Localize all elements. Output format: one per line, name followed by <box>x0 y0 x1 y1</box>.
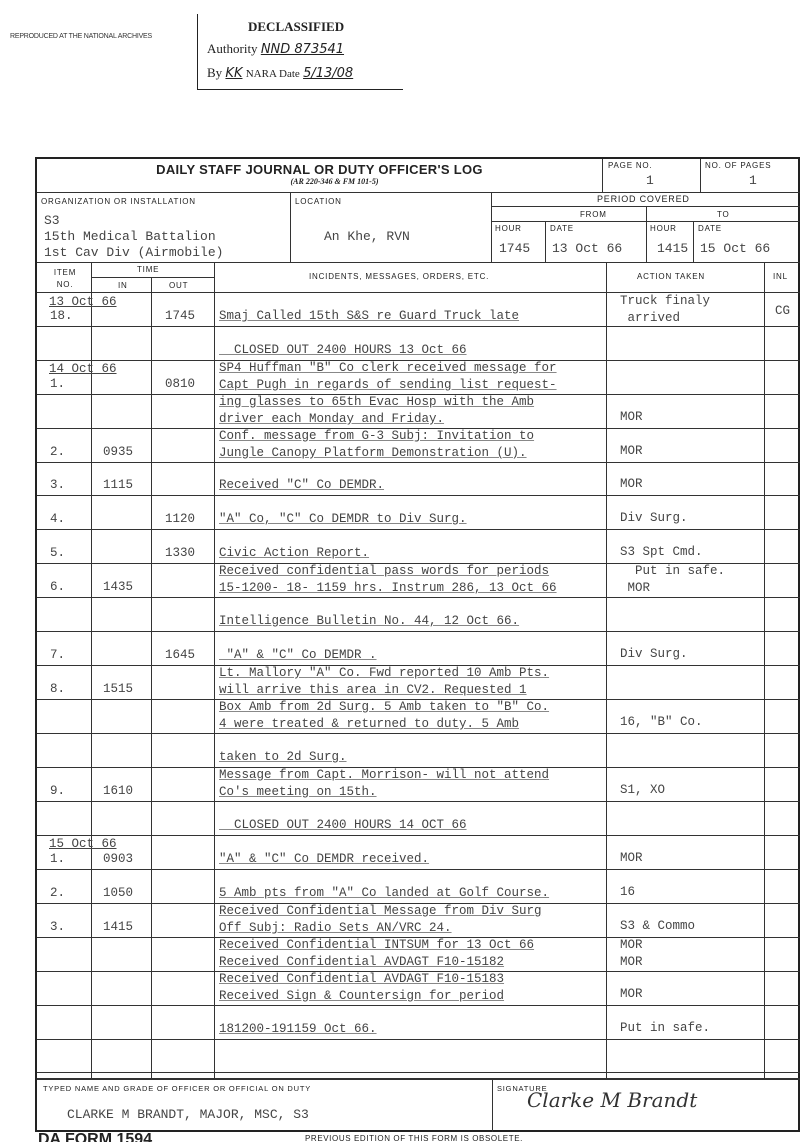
row-time-out: 1330 <box>165 545 195 562</box>
from-label: FROM <box>580 210 607 219</box>
to-label: TO <box>717 210 730 219</box>
row-time-in: 1610 <box>103 783 133 800</box>
table-row: Box Amb from 2d Surg. 5 Amb taken to "B"… <box>37 699 800 733</box>
row-incident-text: CLOSED OUT 2400 HOURS 13 Oct 66 <box>219 342 467 359</box>
table-row <box>37 1039 800 1072</box>
table-row: Received Confidential INTSUM for 13 Oct … <box>37 937 800 971</box>
row-item-no: 1. <box>50 851 65 868</box>
table-row: CLOSED OUT 2400 HOURS 14 OCT 66 <box>37 801 800 835</box>
row-time-out: 0810 <box>165 376 195 393</box>
row-item-no: 3. <box>50 477 65 494</box>
row-incident-text: Intelligence Bulletin No. 44, 12 Oct 66. <box>219 613 519 630</box>
from-hour-value: 1745 <box>499 241 530 256</box>
table-row: CLOSED OUT 2400 HOURS 13 Oct 66 <box>37 326 800 360</box>
table-row: 7.1645 "A" & "C" Co DEMDR .Div Surg. <box>37 631 800 665</box>
row-action-taken: MOR MOR <box>620 937 643 971</box>
row-inl: CG <box>775 303 790 320</box>
row-incident-text: Received "C" Co DEMDR. <box>219 477 384 494</box>
form-subtitle: (AR 220-346 & FM 101-5) <box>67 177 602 186</box>
row-incident-text: Conf. message from G-3 Subj: Invitation … <box>219 428 534 462</box>
location-label: LOCATION <box>295 197 342 206</box>
table-row: Intelligence Bulletin No. 44, 12 Oct 66. <box>37 597 800 631</box>
table-row: 3.1415Received Confidential Message from… <box>37 903 800 937</box>
table-row: 8.1515Lt. Mallory "A" Co. Fwd reported 1… <box>37 665 800 699</box>
to-hour-label: HOUR <box>650 224 677 233</box>
form-title-block: DAILY STAFF JOURNAL OR DUTY OFFICER'S LO… <box>37 159 602 186</box>
period-covered-label: PERIOD COVERED <box>597 194 690 204</box>
from-date-value: 13 Oct 66 <box>552 241 622 256</box>
row-action-taken: Put in safe. MOR <box>620 563 725 597</box>
row-time-in: 0935 <box>103 444 133 461</box>
row-item-no: 18. <box>50 308 73 325</box>
row-time-in: 1415 <box>103 919 133 936</box>
declassified-stamp: DECLASSIFIED Authority NND 873541 By KK … <box>197 14 403 90</box>
col-action-taken: ACTION TAKEN <box>637 272 705 281</box>
row-item-no: 2. <box>50 885 65 902</box>
row-action-taken: S3 Spt Cmd. <box>620 544 703 561</box>
form-title: DAILY STAFF JOURNAL OR DUTY OFFICER'S LO… <box>37 162 602 177</box>
to-hour-value: 1415 <box>657 241 688 256</box>
table-row: 2.10505 Amb pts from "A" Co landed at Go… <box>37 869 800 903</box>
table-row: ing glasses to 65th Evac Hosp with the A… <box>37 394 800 428</box>
row-incident-text: Civic Action Report. <box>219 545 369 562</box>
to-date-label: DATE <box>698 224 722 233</box>
page-no-value: 1 <box>646 173 654 188</box>
table-row: 6.1435Received confidential pass words f… <box>37 563 800 597</box>
row-time-out: 1120 <box>165 511 195 528</box>
row-incident-text: CLOSED OUT 2400 HOURS 14 OCT 66 <box>219 817 467 834</box>
row-action-taken: 16, "B" Co. <box>620 714 703 731</box>
table-row: 13 Oct 6618.1745Smaj Called 15th S&S re … <box>37 293 800 326</box>
row-incident-text: Lt. Mallory "A" Co. Fwd reported 10 Amb … <box>219 665 549 699</box>
table-row: 4.1120"A" Co, "C" Co DEMDR to Div Surg.D… <box>37 495 800 529</box>
row-incident-text: Message from Capt. Morrison- will not at… <box>219 767 549 801</box>
nara-date-label: NARA Date <box>246 68 300 80</box>
row-item-no: 2. <box>50 444 65 461</box>
table-row: 14 Oct 661.0810SP4 Huffman "B" Co clerk … <box>37 360 800 394</box>
row-item-no: 3. <box>50 919 65 936</box>
row-incident-text: Received confidential pass words for per… <box>219 563 557 597</box>
table-row: 9.1610Message from Capt. Morrison- will … <box>37 767 800 801</box>
national-archives-notice: REPRODUCED AT THE NATIONAL ARCHIVES <box>10 33 152 40</box>
row-time-in: 1050 <box>103 885 133 902</box>
row-incident-text: Received Confidential Message from Div S… <box>219 903 542 937</box>
officer-name: CLARKE M BRANDT, MAJOR, MSC, S3 <box>67 1107 309 1122</box>
no-of-pages-value: 1 <box>749 173 757 188</box>
col-time: TIME <box>137 265 159 274</box>
col-in: IN <box>118 281 128 290</box>
table-row: 3.1115Received "C" Co DEMDR.MOR <box>37 462 800 495</box>
declassified-title: DECLASSIFIED <box>248 19 344 35</box>
table-row: 15 Oct 661.0903"A" & "C" Co DEMDR receiv… <box>37 835 800 869</box>
row-action-taken: MOR <box>620 986 643 1003</box>
row-incident-text: Box Amb from 2d Surg. 5 Amb taken to "B"… <box>219 699 549 733</box>
obsolete-notice: PREVIOUS EDITION OF THIS FORM IS OBSOLET… <box>305 1134 523 1142</box>
row-incident-text: SP4 Huffman "B" Co clerk received messag… <box>219 360 557 394</box>
col-inl: INL <box>773 272 788 281</box>
row-incident-text: ing glasses to 65th Evac Hosp with the A… <box>219 394 534 428</box>
row-action-taken: Truck finaly arrived <box>620 293 710 327</box>
row-action-taken: MOR <box>620 443 643 460</box>
table-row: taken to 2d Surg. <box>37 733 800 767</box>
row-item-no: 9. <box>50 783 65 800</box>
page-no-label: PAGE NO. <box>608 161 652 170</box>
no-of-pages-label: NO. OF PAGES <box>705 161 771 170</box>
from-date-label: DATE <box>550 224 574 233</box>
table-row: 5.1330Civic Action Report.S3 Spt Cmd. <box>37 529 800 563</box>
col-incidents: INCIDENTS, MESSAGES, ORDERS, ETC. <box>309 272 489 281</box>
by-line: By KK NARA Date 5/13/08 <box>207 65 353 81</box>
row-incident-text: Received Confidential INTSUM for 13 Oct … <box>219 937 534 971</box>
row-item-no: 4. <box>50 511 65 528</box>
table-row: Received Confidential AVDAGT F10-15183 R… <box>37 971 800 1005</box>
row-time-in: 0903 <box>103 851 133 868</box>
table-row: 2.0935Conf. message from G-3 Subj: Invit… <box>37 428 800 462</box>
to-date-value: 15 Oct 66 <box>700 241 770 256</box>
row-incident-text: Smaj Called 15th S&S re Guard Truck late <box>219 308 519 325</box>
row-incident-text: Received Confidential AVDAGT F10-15183 R… <box>219 971 504 1005</box>
col-item-no: ITEM NO. <box>46 267 84 291</box>
row-time-in: 1115 <box>103 477 133 494</box>
duty-officer-log-form: DAILY STAFF JOURNAL OR DUTY OFFICER'S LO… <box>35 157 800 1132</box>
by-label: By <box>207 65 222 80</box>
from-hour-label: HOUR <box>495 224 522 233</box>
row-item-no: 8. <box>50 681 65 698</box>
officer-label: TYPED NAME AND GRADE OF OFFICER OR OFFIC… <box>43 1084 311 1093</box>
organization-label: ORGANIZATION OR INSTALLATION <box>41 197 196 206</box>
nara-date-value: 5/13/08 <box>303 66 353 81</box>
by-value: KK <box>225 66 242 81</box>
row-time-in: 1435 <box>103 579 133 596</box>
row-action-taken: MOR <box>620 409 643 426</box>
organization-line-2: 15th Medical Battalion <box>44 229 216 244</box>
row-action-taken: MOR <box>620 850 643 867</box>
signature: Clarke M Brandt <box>527 1088 697 1112</box>
organization-line-3: 1st Cav Div (Airmobile) <box>44 245 223 260</box>
location-value: An Khe, RVN <box>324 229 410 244</box>
row-incident-text: 181200-191159 Oct 66. <box>219 1021 377 1038</box>
row-item-no: 7. <box>50 647 65 664</box>
row-action-taken: S1, XO <box>620 782 665 799</box>
row-time-out: 1745 <box>165 308 195 325</box>
row-incident-text: "A" Co, "C" Co DEMDR to Div Surg. <box>219 511 467 528</box>
authority-label: Authority <box>207 41 258 56</box>
row-incident-text: "A" & "C" Co DEMDR received. <box>219 851 429 868</box>
authority-line: Authority NND 873541 <box>207 41 344 57</box>
row-item-no: 6. <box>50 579 65 596</box>
row-action-taken: 16 <box>620 884 635 901</box>
table-row: 181200-191159 Oct 66.Put in safe. <box>37 1005 800 1039</box>
row-action-taken: S3 & Commo <box>620 918 695 935</box>
row-incident-text: "A" & "C" Co DEMDR . <box>219 647 377 664</box>
row-incident-text: taken to 2d Surg. <box>219 749 347 766</box>
row-action-taken: Put in safe. <box>620 1020 710 1037</box>
row-action-taken: Div Surg. <box>620 646 688 663</box>
row-item-no: 5. <box>50 545 65 562</box>
organization-line-1: S3 <box>44 213 60 228</box>
row-time-in: 1515 <box>103 681 133 698</box>
form-number: DA FORM 1594 <box>38 1131 152 1142</box>
authority-value: NND 873541 <box>261 42 344 57</box>
row-incident-text: 5 Amb pts from "A" Co landed at Golf Cou… <box>219 885 549 902</box>
row-item-no: 1. <box>50 376 65 393</box>
col-out: OUT <box>169 281 188 290</box>
row-action-taken: MOR <box>620 476 643 493</box>
row-action-taken: Div Surg. <box>620 510 688 527</box>
row-time-out: 1645 <box>165 647 195 664</box>
